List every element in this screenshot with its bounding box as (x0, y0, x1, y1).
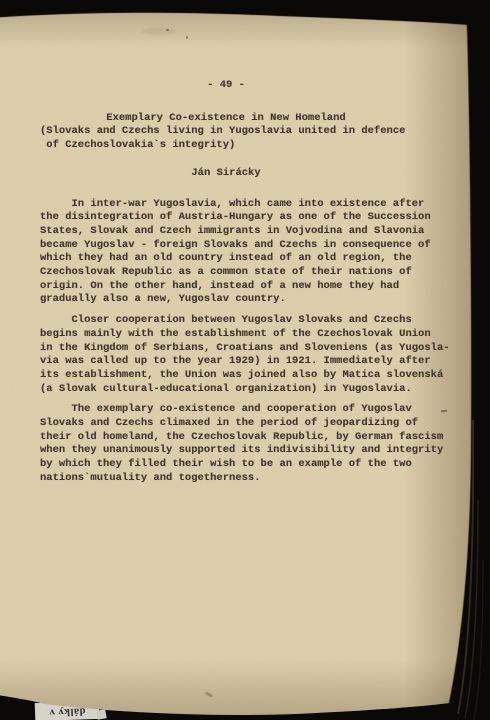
faint-smudge (142, 28, 176, 35)
ink-speck (186, 36, 188, 39)
paragraph-2: Closer cooperation between Yugoslav Slov… (40, 314, 454, 396)
typewritten-text-block: - 49 - Exemplary Co-existence in New Hom… (40, 79, 454, 493)
stray-dash-mark (441, 410, 447, 412)
scanned-document-page: dálky v (0, 0, 490, 720)
article-subtitle-line1: (Slovaks and Czechs living in Yugoslavia… (40, 125, 454, 139)
author-name: Ján Sirácky (40, 167, 412, 181)
article-subtitle-line2: of Czechoslovakia`s integrity) (40, 139, 454, 153)
paragraph-3: The exemplary co-existence and cooperati… (40, 403, 454, 485)
article-title: Exemplary Co-existence in New Homeland (40, 112, 412, 126)
paragraph-1: In inter-war Yugoslavia, which came into… (40, 198, 454, 308)
page-number: - 49 - (40, 79, 412, 93)
